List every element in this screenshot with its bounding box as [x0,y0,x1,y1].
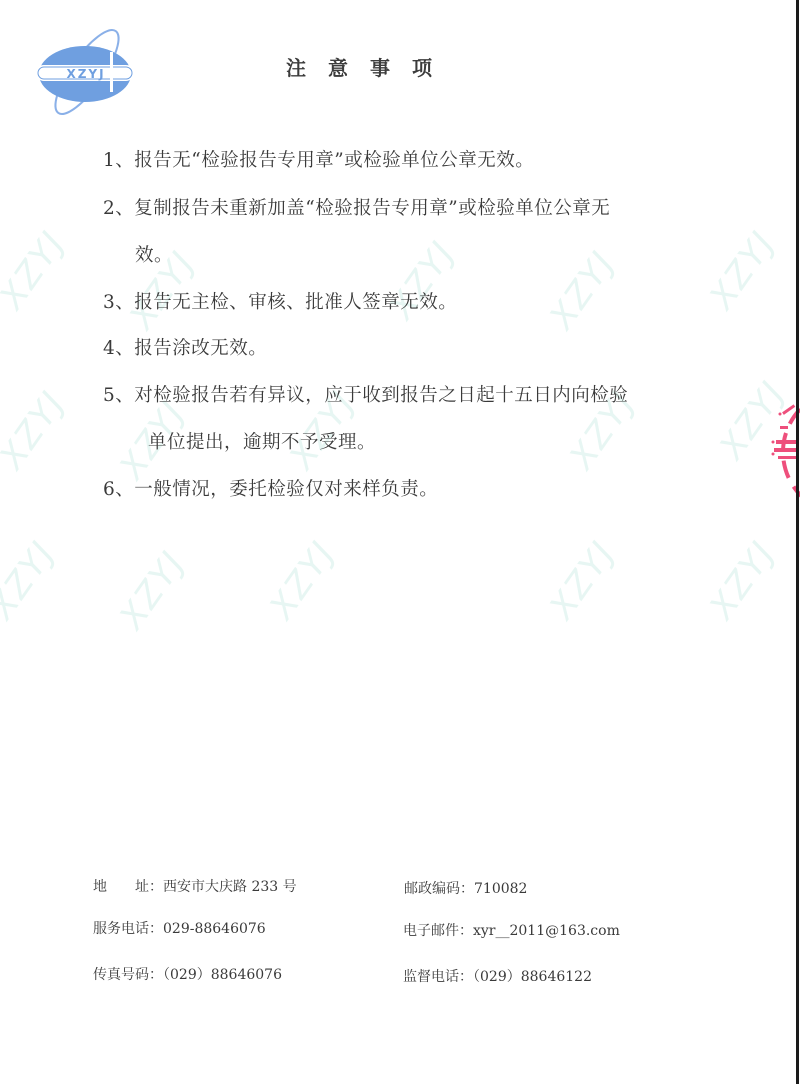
notice-text: 一般情况，委托检验仅对来样负责。 [134,479,438,500]
notice-item-2: 2、复制报告未重新加盖“检验报告专用章”或检验单位公章无 [103,194,610,220]
postcode-label: 邮政编码： [404,881,474,897]
postcode-value: 710082 [474,881,527,897]
page-edge-border [796,0,799,1084]
notice-number: 5、 [103,385,134,406]
email-label: 电子邮件： [403,923,473,939]
service-phone-value: 029-88646076 [163,921,266,937]
notice-number: 2、 [103,198,134,219]
notice-text: 对检验报告若有异议，应于收到报告之日起十五日内向检验 [134,385,628,406]
notice-item-1: 1、报告无“检验报告专用章”或检验单位公章无效。 [103,146,534,172]
email: 电子邮件：xyr__2011@163.com [403,920,620,940]
watermark: XZYJ [112,544,194,637]
notice-number: 4、 [103,338,134,359]
supervision-phone-label: 监督电话： [403,969,473,985]
notice-text: 报告涂改无效。 [134,338,267,359]
watermark: XZYJ [542,244,624,337]
official-stamp [760,370,800,540]
address-label: 地 址： [93,879,163,895]
notice-number: 3、 [103,292,134,313]
supervision-phone-value: （029）88646122 [473,969,592,985]
fax: 传真号码：（029）88646076 [93,964,282,984]
notice-text: 复制报告未重新加盖“检验报告专用章”或检验单位公章无 [134,198,610,219]
watermark: XZYJ [542,534,624,627]
address: 地 址：西安市大庆路 233 号 [93,876,297,896]
watermark: XZYJ [262,534,344,627]
fax-value: （029）88646076 [163,967,282,983]
notice-item-6: 6、一般情况，委托检验仅对来样负责。 [103,475,438,501]
fax-label: 传真号码： [93,967,163,983]
notice-item-3: 3、报告无主检、审核、批准人签章无效。 [103,288,457,314]
notice-text: 报告无主检、审核、批准人签章无效。 [134,292,457,313]
notice-item-5-continued: 单位提出，逾期不予受理。 [148,428,376,454]
notice-number: 1、 [103,150,134,171]
postcode: 邮政编码：710082 [404,878,527,898]
logo-icon: XZYJ [30,22,140,120]
watermark: XZYJ [702,224,784,317]
notice-item-4: 4、报告涂改无效。 [103,334,267,360]
email-value[interactable]: xyr__2011@163.com [473,923,620,939]
page-title: 注意事项 [286,52,454,81]
notice-item-2-continued: 效。 [135,241,173,267]
supervision-phone: 监督电话：（029）88646122 [403,966,592,986]
watermark: XZYJ [702,534,784,627]
document-page: XZYJ 注意事项 XZYJ XZYJ XZYJ XZYJ XZYJ XZYJ … [0,0,800,1084]
watermark: XZYJ [0,534,64,627]
notice-number: 6、 [103,479,134,500]
address-value: 西安市大庆路 233 号 [163,879,297,895]
watermark: XZYJ [0,224,74,317]
svg-text:XZYJ: XZYJ [66,67,105,81]
notice-item-5: 5、对检验报告若有异议，应于收到报告之日起十五日内向检验 [103,381,628,407]
service-phone: 服务电话：029-88646076 [93,918,266,938]
service-phone-label: 服务电话： [93,921,163,937]
notice-text: 报告无“检验报告专用章”或检验单位公章无效。 [134,150,534,171]
watermark: XZYJ [0,384,74,477]
stamp-icon [760,370,800,540]
xzyj-logo: XZYJ [30,22,140,120]
